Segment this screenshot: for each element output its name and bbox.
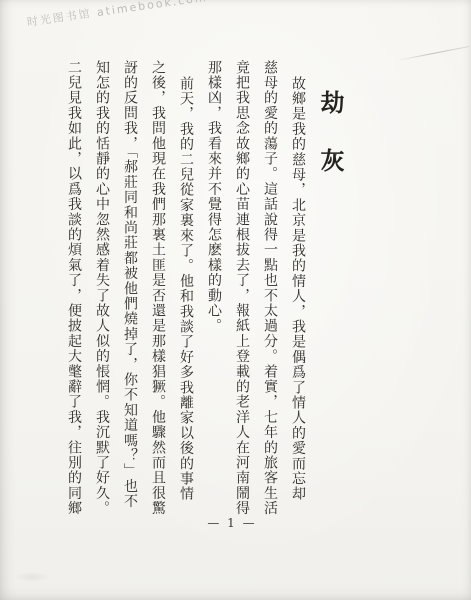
scan-artifact-line xyxy=(396,46,469,61)
text-column-3: 竟把我思念故鄉的心苗連根拔去了，報紙上登載的老洋人在河南鬧得 xyxy=(228,60,256,558)
library-watermark: 时光图书馆 atimebook.com xyxy=(26,0,208,30)
text-column-1: 故鄉是我的慈母，北京是我的情人，我是偶爲了情人的愛而忘却 xyxy=(284,60,312,558)
text-column-4: 那樣凶，我看來并不覺得怎麽樣的動心。 xyxy=(200,60,228,558)
vertical-text-block: 劫灰 故鄉是我的慈母，北京是我的情人，我是偶爲了情人的愛而忘却 慈母的愛的蕩子。… xyxy=(60,60,348,558)
scanned-book-page: 时光图书馆 atimebook.com 劫灰 故鄉是我的慈母，北京是我的情人，我… xyxy=(0,0,471,600)
scan-smudge xyxy=(14,572,50,582)
page-number: — 1 — xyxy=(200,516,264,530)
text-column-7: 訝的反問我，「郝莊同和尚莊都被他們燒掉了，你不知道嗎？」也不 xyxy=(116,60,144,558)
chapter-title: 劫灰 xyxy=(312,60,348,558)
text-column-9: 二兒見我如此，以爲我談的煩氣了，便披起大氅辭了我，往別的同鄉 xyxy=(60,60,88,558)
text-column-2: 慈母的愛的蕩子。這話說得一點也不太過分。着實，七年的旅客生活 xyxy=(256,60,284,558)
text-column-6: 之後，我問他現在我們那裏土匪是否還是那樣猖獗。他驟然而且很驚 xyxy=(144,60,172,558)
text-column-8: 知怎的我的恬靜的心中忽然感着失了故人似的悵惘。我沉默了好久。 xyxy=(88,60,116,558)
text-column-5: 前天，我的二兒從家裏來了。他和我談了好多我離家以後的事情 xyxy=(172,60,200,558)
